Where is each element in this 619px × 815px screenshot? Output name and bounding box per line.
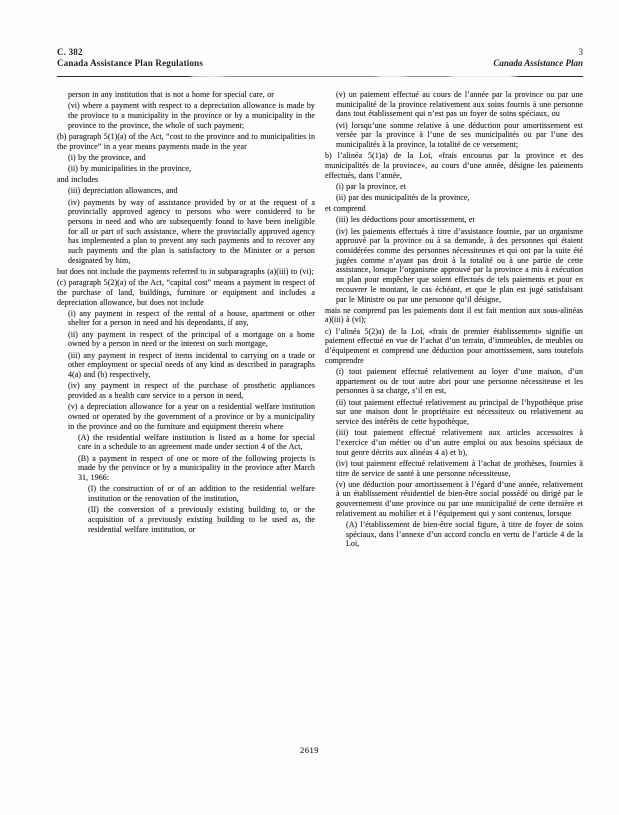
paragraph: (B) a payment in respect of one or more … [57,454,315,483]
paragraph: (v) une déduction pour amortissement à l… [325,480,583,519]
paragraph: (iv) payments by way of assistance provi… [57,198,315,266]
paragraph: but does not include the payments referr… [57,267,315,277]
header-right: 3 Canada Assistance Plan [493,47,583,69]
paragraph: (c) paragraph 5(2)(a) of the Act, “capit… [57,278,315,307]
paragraph: (iii) tout paiement effectué relativemen… [325,428,583,457]
paragraph: (ii) tout paiement effectué relativement… [325,398,583,427]
document-page: C. 382 Canada Assistance Plan Regulation… [0,0,619,815]
footer-page-number: 2619 [300,745,319,755]
paragraph: (i) any payment in respect of the rental… [57,309,315,328]
paragraph: (i) par la province, et [325,182,583,192]
regulation-title: Canada Assistance Plan Regulations [57,58,203,69]
paragraph: (vi) where a payment with respect to a d… [57,101,315,130]
paragraph: (I) the construction of or of an additio… [57,484,315,503]
paragraph: (A) the residential welfare institution … [57,433,315,452]
page-number-top: 3 [493,47,583,58]
english-column: person in any institution that is not a … [57,90,315,551]
two-column-body: person in any institution that is not a … [57,90,583,551]
paragraph: (ii) par des municipalités de la provinc… [325,193,583,203]
paragraph: (A) l’établissement de bien-être social … [325,520,583,549]
paragraph: (iv) les paiements effectués à titre d’a… [325,227,583,305]
paragraph: and includes [57,175,315,185]
paragraph: (iii) any payment in respect of items in… [57,351,315,380]
paragraph: (v) a depreciation allowance for a year … [57,402,315,431]
paragraph: (iv) tout paiement effectué relativement… [325,459,583,478]
french-column: (v) un paiement effectué au cours de l’a… [325,90,583,551]
header-rule [57,76,583,78]
page-footer: 2619 [0,745,619,755]
paragraph: person in any institution that is not a … [57,90,315,100]
paragraph: (ii) by municipalities in the province, [57,164,315,174]
paragraph: mais ne comprend pas les paiements dont … [325,306,583,325]
paragraph: (iii) les déductions pour amortissement,… [325,215,583,225]
paragraph: et comprend [325,204,583,214]
paragraph: (II) the conversion of a previously exis… [57,505,315,534]
chapter-number: C. 382 [57,47,203,58]
paragraph: (vi) lorsqu’une somme relative à une déd… [325,121,583,150]
paragraph: c) l’alinéa 5(2)a) de la Loi, «frais de … [325,327,583,366]
paragraph: (v) un paiement effectué au cours de l’a… [325,90,583,119]
running-title: Canada Assistance Plan [493,58,583,69]
paragraph: (i) by the province, and [57,153,315,163]
header-left: C. 382 Canada Assistance Plan Regulation… [57,47,203,69]
paragraph: (i) tout paiement effectué relativement … [325,367,583,396]
paragraph: (iv) any payment in respect of the purch… [57,381,315,400]
paragraph: (b) paragraph 5(1)(a) of the Act, “cost … [57,132,315,151]
paragraph: b) l’alinéa 5(1)a) de la Loi, «frais enc… [325,151,583,180]
page-header: C. 382 Canada Assistance Plan Regulation… [57,47,583,69]
paragraph: (iii) depreciation allowances, and [57,186,315,196]
paragraph: (ii) any payment in respect of the princ… [57,330,315,349]
